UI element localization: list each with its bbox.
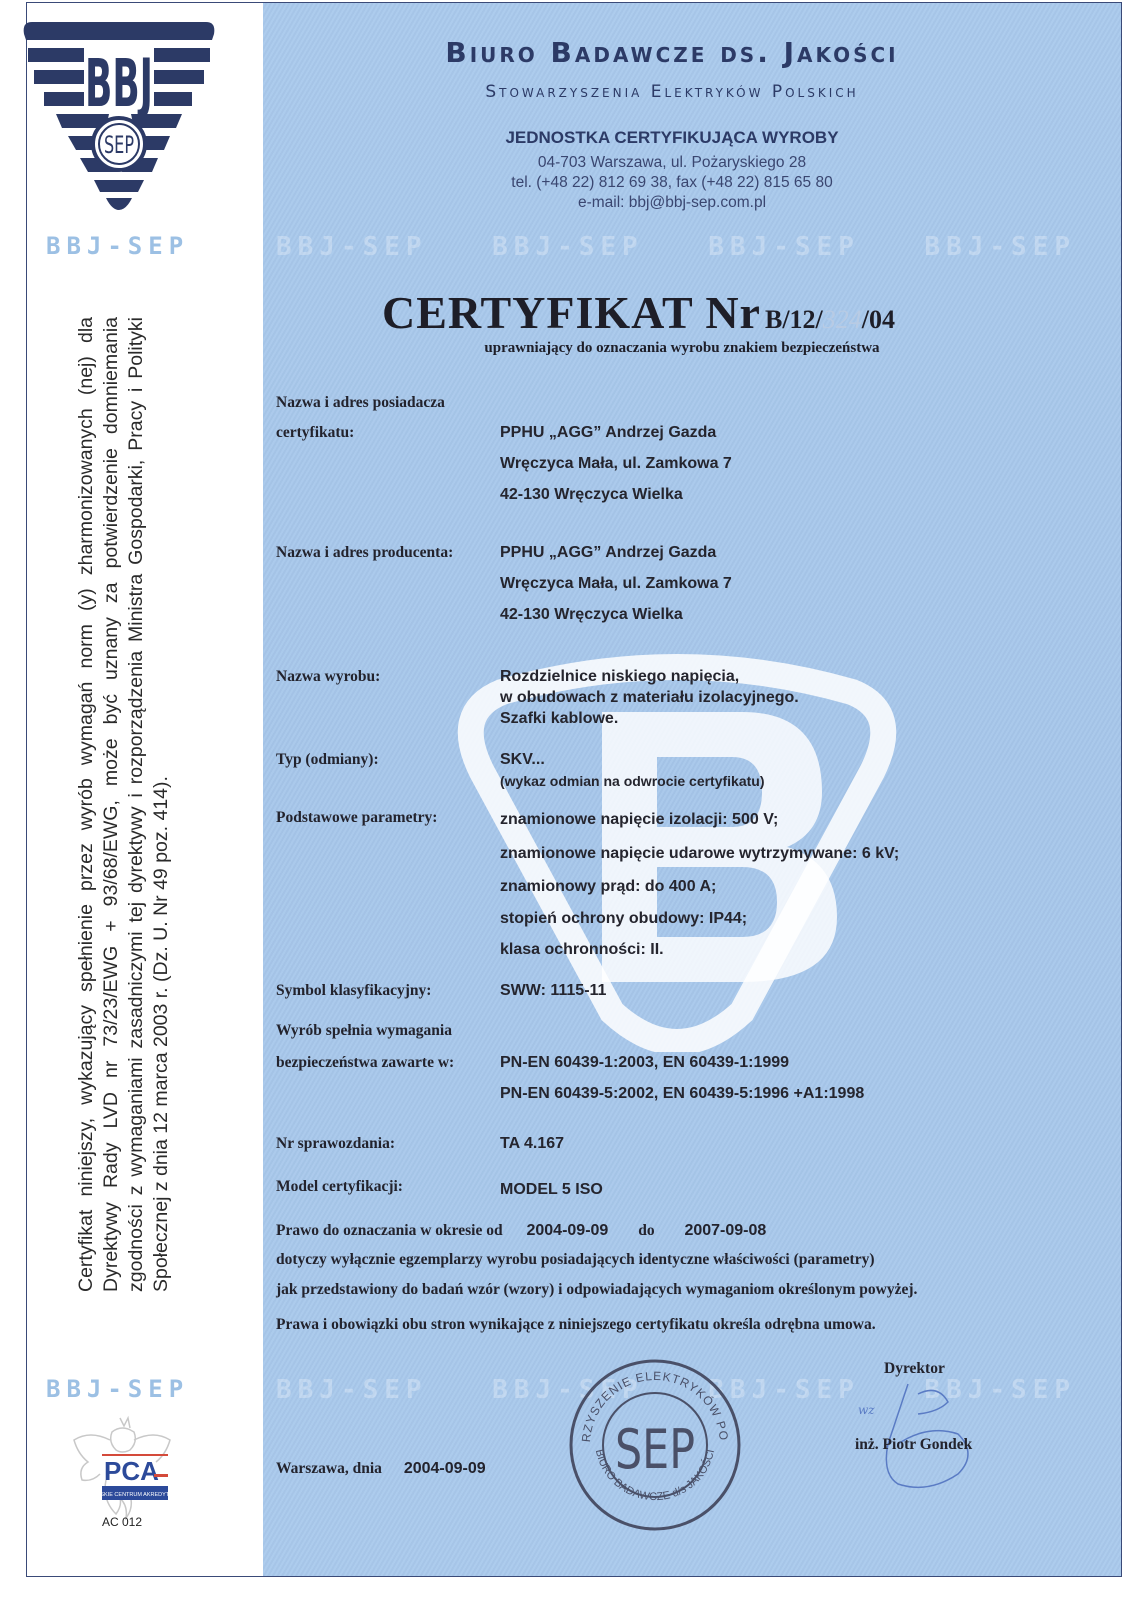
watermark-row-top: BBJ-SEP BBJ-SEP BBJ-SEP BBJ-SEP xyxy=(276,232,1076,262)
report-label: Nr sprawozdania: xyxy=(276,1135,395,1153)
holder-city: 42-130 Wręczyca Wielka xyxy=(500,486,683,504)
type-note: (wykaz odmian na odwrocie certyfikatu) xyxy=(500,773,765,789)
classification-label: Symbol klasyfikacyjny: xyxy=(276,982,431,1000)
holder-label-line1: Nazwa i adres posiadacza xyxy=(276,394,445,412)
holder-name: PPHU „AGG” Andrzej Gazda xyxy=(500,424,716,442)
legal-notice-vertical: Certyfikat niniejszy, wykazujący spełnie… xyxy=(74,317,174,1292)
bbj-sep-watermark-top: BBJ-SEP xyxy=(46,232,189,260)
classification-value: SWW: 1115-11 xyxy=(500,982,606,1000)
validity-agreement-line: Prawa i obowiązki obu stron wynikające z… xyxy=(276,1316,876,1334)
legal-notice-line: Dyrektywy Rady LVD nr 73/23/EWG + 93/68/… xyxy=(99,317,124,1292)
producer-name: PPHU „AGG” Andrzej Gazda xyxy=(500,544,716,562)
certificate-number-prefix: B/12/ xyxy=(765,305,823,334)
org-subtitle: Stowarzyszenia Elektryków Polskich xyxy=(382,82,962,102)
sep-stamp-icon: STOWARZYSZENIE ELEKTRYKÓW POLSKICH BIURO… xyxy=(566,1356,744,1534)
parameter-line: stopień ochrony obudowy: IP44; xyxy=(500,910,747,928)
producer-city: 42-130 Wręczyca Wielka xyxy=(500,606,683,624)
product-line: w obudowach z materiału izolacyjnego. xyxy=(500,689,799,707)
validity-to: 2007-09-08 xyxy=(684,1222,766,1239)
issue-place-date: Warszawa, dnia 2004-09-09 xyxy=(276,1460,486,1478)
model-value: MODEL 5 ISO xyxy=(500,1181,603,1199)
holder-street: Wręczyca Mała, ul. Zamkowa 7 xyxy=(500,455,732,473)
org-name: Biuro Badawcze ds. Jakości xyxy=(382,36,962,69)
signatory-name: inż. Piotr Gondek xyxy=(855,1436,972,1454)
parameter-line: znamionowe napięcie udarowe wytrzymywane… xyxy=(500,845,899,863)
legal-notice-line: Certyfikat niniejszy, wykazujący spełnie… xyxy=(74,317,99,1292)
parameters-label: Podstawowe parametry: xyxy=(276,809,437,827)
parameter-line: klasa ochronności: II. xyxy=(500,941,664,959)
svg-text:SEP: SEP xyxy=(615,1418,695,1481)
product-line: Szafki kablowe. xyxy=(500,710,618,728)
org-address: 04-703 Warszawa, ul. Pożaryskiego 28 xyxy=(382,154,962,172)
certificate-title: CERTYFIKAT Nr B/12/324/04 xyxy=(382,286,982,339)
validity-scope-line: jak przedstawiony do badań wzór (wzory) … xyxy=(276,1281,917,1299)
svg-text:BBJ: BBJ xyxy=(85,45,153,122)
bbj-sep-logo-icon: BBJ SEP xyxy=(14,14,224,214)
pca-accreditation-logo: PCA POLSKIE CENTRUM AKREDYTACJI AC 012 xyxy=(62,1410,182,1530)
producer-label: Nazwa i adres producenta: xyxy=(276,544,453,562)
legal-notice-line: zgodności z wymaganiami zasadniczymi tej… xyxy=(124,317,149,1292)
certification-unit: JEDNOSTKA CERTYFIKUJĄCA WYROBY xyxy=(382,128,962,148)
certificate-subtitle: uprawniający do oznaczania wyrobu znakie… xyxy=(382,340,982,357)
svg-text:PCA: PCA xyxy=(104,1456,159,1486)
org-email[interactable]: e-mail: bbj@bbj-sep.com.pl xyxy=(382,194,962,212)
standard-line: PN-EN 60439-1:2003, EN 60439-1:1999 xyxy=(500,1054,789,1072)
parameter-line: znamionowe napięcie izolacji: 500 V; xyxy=(500,811,778,829)
validity-scope-line: dotyczy wyłącznie egzemplarzy wyrobu pos… xyxy=(276,1251,875,1269)
certificate-number-handwritten: 324 xyxy=(823,305,862,334)
standards-label-line1: Wyrób spełnia wymagania xyxy=(276,1022,452,1040)
bbj-sep-watermark-bottom: BBJ-SEP xyxy=(46,1375,189,1403)
parameter-line: znamionowy prąd: do 400 A; xyxy=(500,878,716,896)
type-label: Typ (odmiany): xyxy=(276,751,379,769)
legal-notice-line: Społecznej z dnia 12 marca 2003 r. (Dz. … xyxy=(149,317,174,1292)
standard-line: PN-EN 60439-5:2002, EN 60439-5:1996 +A1:… xyxy=(500,1085,864,1103)
holder-label-line2: certyfikatu: xyxy=(276,424,354,442)
validity-period: Prawo do oznaczania w okresie od 2004-09… xyxy=(276,1222,766,1240)
product-line: Rozdzielnice niskiego napięcia, xyxy=(500,668,739,686)
producer-street: Wręczyca Mała, ul. Zamkowa 7 xyxy=(500,575,732,593)
report-value: TA 4.167 xyxy=(500,1135,564,1153)
type-value: SKV... xyxy=(500,751,545,769)
org-phone: tel. (+48 22) 812 69 38, fax (+48 22) 81… xyxy=(382,174,962,192)
issue-date: 2004-09-09 xyxy=(404,1460,486,1477)
validity-from: 2004-09-09 xyxy=(526,1222,608,1239)
certificate-number-suffix: /04 xyxy=(862,305,895,334)
svg-text:POLSKIE CENTRUM AKREDYTACJI: POLSKIE CENTRUM AKREDYTACJI xyxy=(89,1492,181,1498)
svg-text:AC 012: AC 012 xyxy=(102,1515,142,1529)
svg-text:SEP: SEP xyxy=(104,131,134,159)
standards-label-line2: bezpieczeństwa zawarte w: xyxy=(276,1054,454,1072)
svg-text:wz: wz xyxy=(858,1403,875,1417)
model-label: Model certyfikacji: xyxy=(276,1178,403,1196)
product-label: Nazwa wyrobu: xyxy=(276,668,380,686)
